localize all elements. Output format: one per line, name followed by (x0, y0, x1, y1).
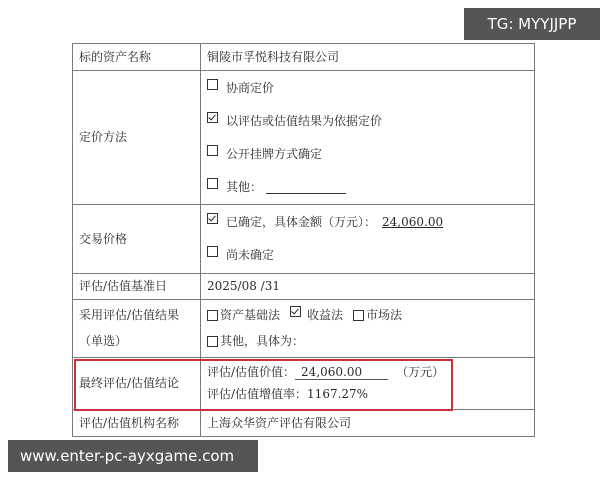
asset-name-label: 标的资产名称 (73, 44, 201, 71)
row-trade-price: 交易价格 已确定，具体金额（万元）： 24,060.00 尚未确定 (73, 205, 535, 274)
base-date-value: 2025/08 /31 (201, 274, 535, 300)
price-option-confirmed[interactable]: 已确定，具体金额（万元）： 24,060.00 (207, 206, 528, 239)
appreciation-rate-label: 评估/估值增值率： (207, 387, 307, 401)
row-org-name: 评估/估值机构名称 上海众华资产评估有限公司 (73, 410, 535, 437)
adopted-result-label: 采用评估/估值结果 （单选） (73, 300, 201, 358)
watermark-bottom-left: www.enter-pc-ayxgame.com (8, 440, 258, 472)
checkbox-unchecked-icon[interactable] (207, 145, 218, 156)
pricing-option-other[interactable]: 其他： (207, 171, 528, 204)
option-label: 协商定价 (226, 81, 274, 95)
option-label: 以评估或估值结果为依据定价 (226, 114, 382, 128)
checkbox-unchecked-icon[interactable] (207, 178, 218, 189)
option-label: 已确定，具体金额（万元）： (226, 215, 376, 229)
checkbox-checked-icon[interactable] (207, 112, 218, 123)
base-date-label: 评估/估值基准日 (73, 274, 201, 300)
trade-price-options: 已确定，具体金额（万元）： 24,060.00 尚未确定 (201, 205, 535, 274)
option-label: 其他： (226, 180, 262, 194)
checkbox-unchecked-icon[interactable] (207, 79, 218, 90)
adopt-option-market[interactable]: 市场法 (353, 308, 402, 322)
pricing-option-public-listing[interactable]: 公开挂牌方式确定 (207, 138, 528, 171)
option-label: 收益法 (307, 308, 343, 322)
watermark-top-right: TG: MYYJJPP (464, 8, 600, 40)
price-option-pending[interactable]: 尚未确定 (207, 239, 528, 272)
adopted-label-line1: 采用评估/估值结果 (79, 303, 194, 329)
pricing-method-options: 协商定价 以评估或估值结果为依据定价 公开挂牌方式确定 其他： (201, 71, 535, 205)
appreciation-rate-value: 1167.27% (307, 387, 368, 401)
checkbox-checked-icon[interactable] (290, 306, 301, 317)
row-pricing-method: 定价方法 协商定价 以评估或估值结果为依据定价 公开挂牌方式确定 其他： (73, 71, 535, 205)
trade-price-label: 交易价格 (73, 205, 201, 274)
valuation-value-label: 评估/估值价值： (207, 365, 295, 379)
option-label: 尚未确定 (226, 248, 274, 262)
valuation-value-line: 评估/估值价值： 24,060.00 （万元） (207, 362, 528, 384)
pricing-option-valuation-based[interactable]: 以评估或估值结果为依据定价 (207, 105, 528, 138)
row-adopted-result: 采用评估/估值结果 （单选） 资产基础法 收益法 市场法 (73, 300, 535, 358)
adopted-result-options: 资产基础法 收益法 市场法 其他，具体为： (201, 300, 535, 358)
checkbox-unchecked-icon[interactable] (353, 310, 364, 321)
pricing-option-negotiated[interactable]: 协商定价 (207, 72, 528, 105)
adopt-option-asset-based[interactable]: 资产基础法 (207, 308, 280, 322)
option-label: 市场法 (366, 308, 402, 322)
asset-valuation-table: 标的资产名称 铜陵市孚悦科技有限公司 定价方法 协商定价 以评估或估值结果为依据… (72, 43, 535, 437)
adopted-label-line2: （单选） (79, 329, 194, 355)
valuation-value-unit: （万元） (396, 365, 444, 379)
row-asset-name: 标的资产名称 铜陵市孚悦科技有限公司 (73, 44, 535, 71)
pricing-method-label: 定价方法 (73, 71, 201, 205)
final-conclusion-values: 评估/估值价值： 24,060.00 （万元） 评估/估值增值率： 1167.2… (201, 358, 535, 410)
valuation-value-amount: 24,060.00 (295, 365, 388, 380)
org-name-value: 上海众华资产评估有限公司 (201, 410, 535, 437)
option-label: 公开挂牌方式确定 (226, 147, 322, 161)
option-label: 其他，具体为： (220, 334, 304, 348)
adopt-option-income[interactable]: 收益法 (290, 308, 343, 322)
final-conclusion-label: 最终评估/估值结论 (73, 358, 201, 410)
option-label: 资产基础法 (220, 308, 280, 322)
checkbox-unchecked-icon[interactable] (207, 336, 218, 347)
appreciation-rate-line: 评估/估值增值率： 1167.27% (207, 384, 528, 406)
trade-price-amount: 24,060.00 (376, 215, 455, 229)
checkbox-checked-icon[interactable] (207, 213, 218, 224)
org-name-label: 评估/估值机构名称 (73, 410, 201, 437)
other-blank-field[interactable] (266, 181, 346, 194)
asset-name-value: 铜陵市孚悦科技有限公司 (201, 44, 535, 71)
checkbox-unchecked-icon[interactable] (207, 246, 218, 257)
row-base-date: 评估/估值基准日 2025/08 /31 (73, 274, 535, 300)
checkbox-unchecked-icon[interactable] (207, 310, 218, 321)
row-final-conclusion: 最终评估/估值结论 评估/估值价值： 24,060.00 （万元） 评估/估值增… (73, 358, 535, 410)
adopt-option-other[interactable]: 其他，具体为： (207, 334, 304, 348)
